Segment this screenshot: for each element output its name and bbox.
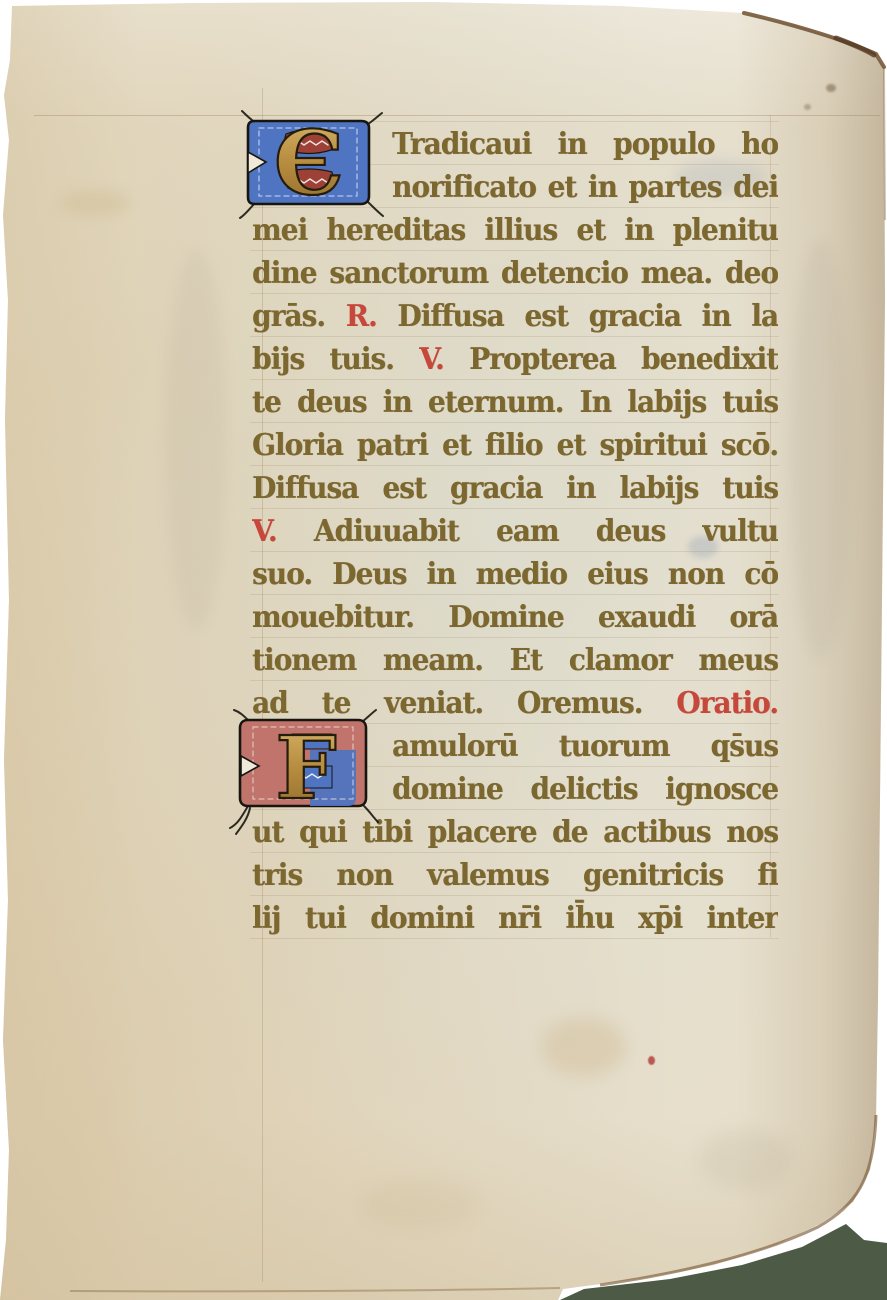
rubric-text: V. — [252, 513, 314, 548]
body-text: Gloria patri et filio et spiritui scō. — [252, 427, 778, 462]
body-text: Adiuuabit eam deus vultu — [314, 513, 778, 548]
stain — [542, 1018, 626, 1076]
rubric-text: R. — [346, 298, 398, 333]
body-text: bijs tuis. — [252, 341, 419, 376]
body-text: amulorū tuorum qs̄us — [392, 728, 778, 763]
text-line-13: tionem meam. Et clamor meus — [252, 637, 778, 684]
text-line-9: Diffusa est gracia in labijs tuis — [252, 465, 778, 512]
body-text: mei hereditas illius et in plenitu — [252, 212, 778, 247]
body-text: norificato et in partes dei — [392, 169, 778, 204]
body-text: grās. — [252, 298, 346, 333]
body-text: Propterea benedixit — [469, 341, 778, 376]
body-text: Tradicaui in populo ho — [392, 126, 778, 161]
text-line-4: dine sanctorum detencio mea. deo — [252, 250, 778, 297]
body-text: dine sanctorum detencio mea. deo — [252, 255, 778, 290]
body-text: domine delictis ignosce — [392, 771, 778, 806]
body-text: lij tui domini nr̄i ih̄u xp̄i inter — [252, 900, 778, 935]
text-line-18: tris non valemus genitricis fi — [252, 852, 778, 899]
stain — [804, 104, 811, 110]
text-line-8: Gloria patri et filio et spiritui scō. — [252, 422, 778, 469]
text-line-19: lij tui domini nr̄i ih̄u xp̄i inter — [252, 895, 778, 942]
rubric-text: V. — [419, 341, 469, 376]
text-line-12: mouebitur. Domine exaudi orā — [252, 594, 778, 641]
manuscript-photo: Tradicaui in populo honorificato et in p… — [0, 0, 887, 1300]
text-line-15: amulorū tuorum qs̄us — [392, 723, 778, 770]
body-text: te deus in eternum. In labijs tuis — [252, 384, 778, 419]
body-text: suo. Deus in medio eius non cō — [252, 556, 778, 591]
text-line-7: te deus in eternum. In labijs tuis — [252, 379, 778, 426]
body-text: Diffusa est gracia in la — [397, 298, 778, 333]
text-line-5: grās. R. Diffusa est gracia in la — [252, 293, 778, 340]
initial-letter-E: Є — [274, 111, 344, 215]
stain — [826, 84, 836, 92]
ruling-line-top — [34, 115, 880, 116]
bleed-through — [166, 250, 226, 630]
body-text: mouebitur. Domine exaudi orā — [252, 599, 778, 634]
stain — [360, 1180, 480, 1230]
initial-letter-F: F — [275, 718, 336, 819]
text-line-1: Tradicaui in populo ho — [392, 121, 778, 168]
text-line-16: domine delictis ignosce — [392, 766, 778, 813]
red-fleck — [648, 1056, 655, 1065]
manuscript-page: Tradicaui in populo honorificato et in p… — [0, 0, 887, 1300]
stain — [700, 1130, 790, 1190]
text-line-11: suo. Deus in medio eius non cō — [252, 551, 778, 598]
illuminated-initial-E: Є — [246, 116, 380, 210]
body-text: Diffusa est gracia in labijs tuis — [252, 470, 778, 505]
body-text: tris non valemus genitricis fi — [252, 857, 778, 892]
text-line-2: norificato et in partes dei — [392, 164, 778, 211]
text-line-10: V. Adiuuabit eam deus vultu — [252, 508, 778, 555]
body-text: tionem meam. Et clamor meus — [252, 642, 778, 677]
illuminated-initial-F: F — [238, 714, 380, 820]
bleed-through — [790, 240, 850, 660]
stain — [60, 190, 130, 216]
text-line-6: bijs tuis. V. Propterea benedixit — [252, 336, 778, 383]
rubric-text: Oratio. — [676, 685, 778, 720]
